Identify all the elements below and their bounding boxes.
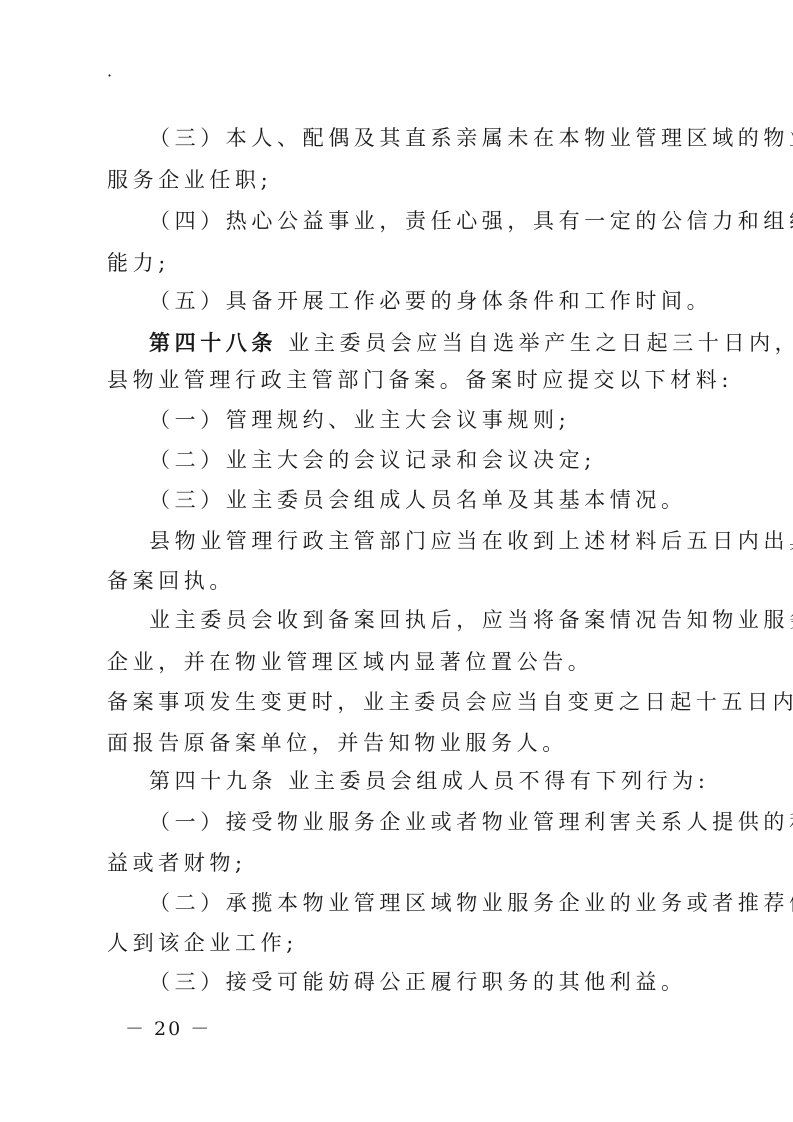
article-48-title: 第四十八条: [149, 330, 277, 355]
text-line-15: 备案事项发生变更时，业主委员会应当自变更之日起十五日内书: [107, 688, 719, 716]
text-line-16: 面报告原备案单位，并告知物业服务人。: [107, 729, 719, 757]
text-line-9: （二）业主大会的会议记录和会议决定;: [149, 446, 761, 474]
text-line-14: 企业，并在物业管理区域内显著位置公告。: [107, 648, 719, 676]
text-line-22: （三）接受可能妨碍公正履行职务的其他利益。: [149, 968, 761, 996]
text-line-4: 能力;: [107, 249, 719, 277]
leading-mark: ·: [107, 66, 112, 85]
text-line-10: （三）业主委员会组成人员名单及其基本情况。: [149, 486, 761, 514]
text-line-18: （一）接受物业服务企业或者物业管理利害关系人提供的利: [149, 808, 761, 836]
article-48-text: 业主委员会应当自选举产生之日起三十日内，向: [277, 331, 793, 355]
text-line-2: 服务企业任职;: [107, 166, 719, 194]
article-48-heading-line: 第四十八条 业主委员会应当自选举产生之日起三十日内，向: [149, 329, 761, 357]
text-line-11: 县物业管理行政主管部门应当在收到上述材料后五日内出具: [149, 527, 761, 555]
text-line-1: （三）本人、配偶及其直系亲属未在本物业管理区域的物业: [149, 124, 761, 152]
text-line-20: （二）承揽本物业管理区域物业服务企业的业务或者推荐他: [149, 889, 761, 917]
text-line-12: 备案回执。: [107, 567, 719, 595]
text-line-3: （四）热心公益事业，责任心强，具有一定的公信力和组织: [149, 207, 761, 235]
text-line-13: 业主委员会收到备案回执后，应当将备案情况告知物业服务: [149, 606, 761, 634]
text-line-19: 益或者财物;: [107, 849, 719, 877]
text-line-8: （一）管理规约、业主大会议事规则;: [149, 406, 761, 434]
text-line-7: 县物业管理行政主管部门备案。备案时应提交以下材料:: [107, 366, 719, 394]
article-49-line: 第四十九条 业主委员会组成人员不得有下列行为:: [149, 767, 761, 795]
text-line-5: （五）具备开展工作必要的身体条件和工作时间。: [149, 287, 761, 315]
text-line-21: 人到该企业工作;: [107, 929, 719, 957]
page-number: － 20 －: [125, 1014, 211, 1041]
